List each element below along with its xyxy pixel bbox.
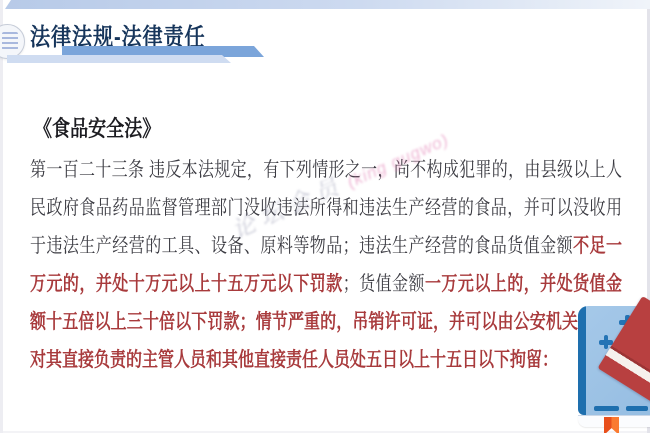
law-text-segment: 一万元以上的，并处货值金 [425, 273, 622, 295]
book-spine [578, 306, 586, 415]
book-dash-line [626, 406, 648, 411]
plus-icon [604, 335, 609, 349]
slide: 法律法规-法律责任 《食品安全法》 第一百二十三条 违反本法规定，有下列情形之一… [0, 0, 650, 433]
law-text-segment: 于违法生产经营的工具、设备、原料等物品；违法生产经营的食品货值金额 [30, 235, 573, 257]
law-line: 民政府食品药品监督管理部门没收违法所得和违法生产经营的食品，并可以没收用 [30, 189, 622, 227]
law-line: 对其直接负责的主管人员和其他直接责任人员处五日以上十五日以下拘留： [30, 341, 622, 379]
bookmark-ribbon-icon [604, 417, 619, 433]
law-text-segment: 对其直接负责的主管人员和其他直接责任人员处五日以上十五日以下拘留： [30, 349, 558, 371]
seal-scribble [2, 32, 18, 50]
law-text-segment: 额十五倍以上三十倍以下罚款；情节严重的，吊销许可证，并可以由公安机关 [30, 311, 578, 333]
article-text: 第一百二十三条 违反本法规定，有下列情形之一，尚不构成犯罪的，由县级以上人民政府… [30, 151, 622, 379]
book-dash-line [594, 406, 619, 411]
law-text-segment: 民政府食品药品监督管理部门没收违法所得和违法生产经营的食品，并可以没收用 [30, 197, 622, 219]
law-text-segment: 万元的，并处十万元以上十五万元以下罚款 [30, 273, 343, 295]
law-line: 于违法生产经营的工具、设备、原料等物品；违法生产经营的食品货值金额不足一 [30, 227, 622, 265]
law-text-segment: 不足一 [573, 235, 622, 257]
law-line: 第一百二十三条 违反本法规定，有下列情形之一，尚不构成犯罪的，由县级以上人 [30, 151, 622, 189]
law-book-icon [578, 306, 650, 433]
law-title: 《食品安全法》 [34, 112, 160, 143]
seal-icon [0, 24, 25, 59]
header-underline-bar-light [7, 55, 231, 63]
law-text-segment: 第一百二十三条 违反本法规定，有下列情形之一，尚不构成犯罪的，由县级以上人 [30, 159, 622, 181]
law-line: 万元的，并处十万元以上十五万元以下罚款；货值金额一万元以上的，并处货值金 [30, 265, 622, 303]
top-accent-strip [5, 0, 650, 9]
law-line: 额十五倍以上三十倍以下罚款；情节严重的，吊销许可证，并可以由公安机关 [30, 303, 578, 341]
law-text-segment: ；货值金额 [343, 273, 425, 295]
